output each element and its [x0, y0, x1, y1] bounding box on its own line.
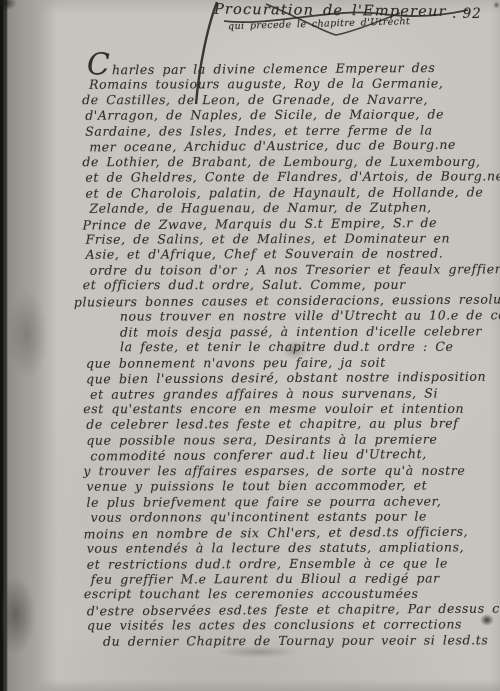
manuscript-line: de celebrer lesd.tes feste et chapitre, …: [86, 416, 494, 433]
manuscript-line: plusieurs bonnes causes et consideracion…: [74, 291, 494, 309]
manuscript-line: venue y puissions le tout bien accommode…: [86, 478, 494, 495]
manuscript-line: mer oceane, Archiduc d'Austrice, duc de …: [89, 137, 493, 155]
manuscript-line: Asie, et d'Afrique, Chef et Souverain de…: [86, 246, 494, 263]
manuscript-line: Prince de Zwave, Marquis du S.t Empire, …: [83, 214, 494, 232]
manuscript-line: d'Arragon, de Naples, de Sicile, de Maio…: [85, 107, 493, 124]
manuscript-line: du dernier Chapitre de Tournay pour veoi…: [103, 632, 495, 649]
manuscript-line: d'estre observées esd.tes feste et chapi…: [87, 600, 495, 618]
manuscript-line: et officiers dud.t ordre, Salut. Comme, …: [83, 277, 494, 293]
gutter-stain: [2, 575, 36, 655]
manuscript-line: et de Gheldres, Conte de Flandres, d'Art…: [85, 168, 493, 185]
manuscript-line: que visités les actes des conclusions et…: [87, 617, 495, 634]
manuscript-line: vous ordonnons qu'incontinent estants po…: [91, 508, 495, 525]
manuscript-line: est qu'estants encore en mesme vouloir e…: [83, 401, 494, 417]
manuscript-line: Charles par la divine clemence Empereur …: [87, 55, 493, 78]
manuscript-line: Frise, de Salins, et de Malines, et Domi…: [86, 230, 494, 247]
manuscript-line: et autres grandes affaires à nous surven…: [90, 385, 494, 402]
manuscript-page-scan: Procuration de l'Empereur . 92 qui prece…: [0, 0, 500, 691]
manuscript-line: escript touchant les ceremonies accoustu…: [84, 586, 495, 602]
manuscript-body: Charles par la divine clemence Empereur …: [85, 55, 495, 649]
manuscript-line: le plus briefvement que faire se pourra …: [86, 493, 494, 510]
manuscript-line: ordre du toison d'or ; A nos Tresorier e…: [90, 261, 494, 278]
manuscript-line: la feste, et tenir le chapitre dud.t ord…: [120, 339, 494, 355]
manuscript-line: que bien l'eussions desiré, obstant nost…: [86, 369, 494, 387]
manuscript-line: et de Charolois, palatin, de Haynault, d…: [85, 184, 493, 201]
manuscript-line: Romains tousiours auguste, Roy de la Ger…: [89, 76, 493, 93]
manuscript-line: et restrictions dud.t ordre, Ensemble à …: [87, 555, 495, 572]
manuscript-line: commodité nous conferer aud.t lieu d'Utr…: [90, 446, 494, 464]
manuscript-line: y trouver les affaires esparses, de sort…: [83, 463, 494, 479]
manuscript-line: Zelande, de Haguenau, de Namur, de Zutph…: [89, 199, 493, 216]
strikethrough-stroke: [224, 10, 468, 22]
manuscript-line: feu greffier M.e Laurent du Blioul a red…: [91, 570, 495, 587]
manuscript-line: dit mois desja passé, à intention d'icel…: [120, 323, 494, 340]
manuscript-line: moins en nombre de six Chl'ers, et desd.…: [84, 523, 495, 541]
manuscript-line: nous trouver en nostre ville d'Utrecht a…: [120, 308, 494, 325]
gutter-stain: [6, 290, 48, 380]
manuscript-line: de Lothier, de Brabant, de Lembourg, de …: [82, 154, 493, 170]
manuscript-line: de Castilles, de Leon, de Grenade, de Na…: [82, 92, 493, 108]
manuscript-line: vous entendés à la lecture des statuts, …: [87, 539, 495, 556]
